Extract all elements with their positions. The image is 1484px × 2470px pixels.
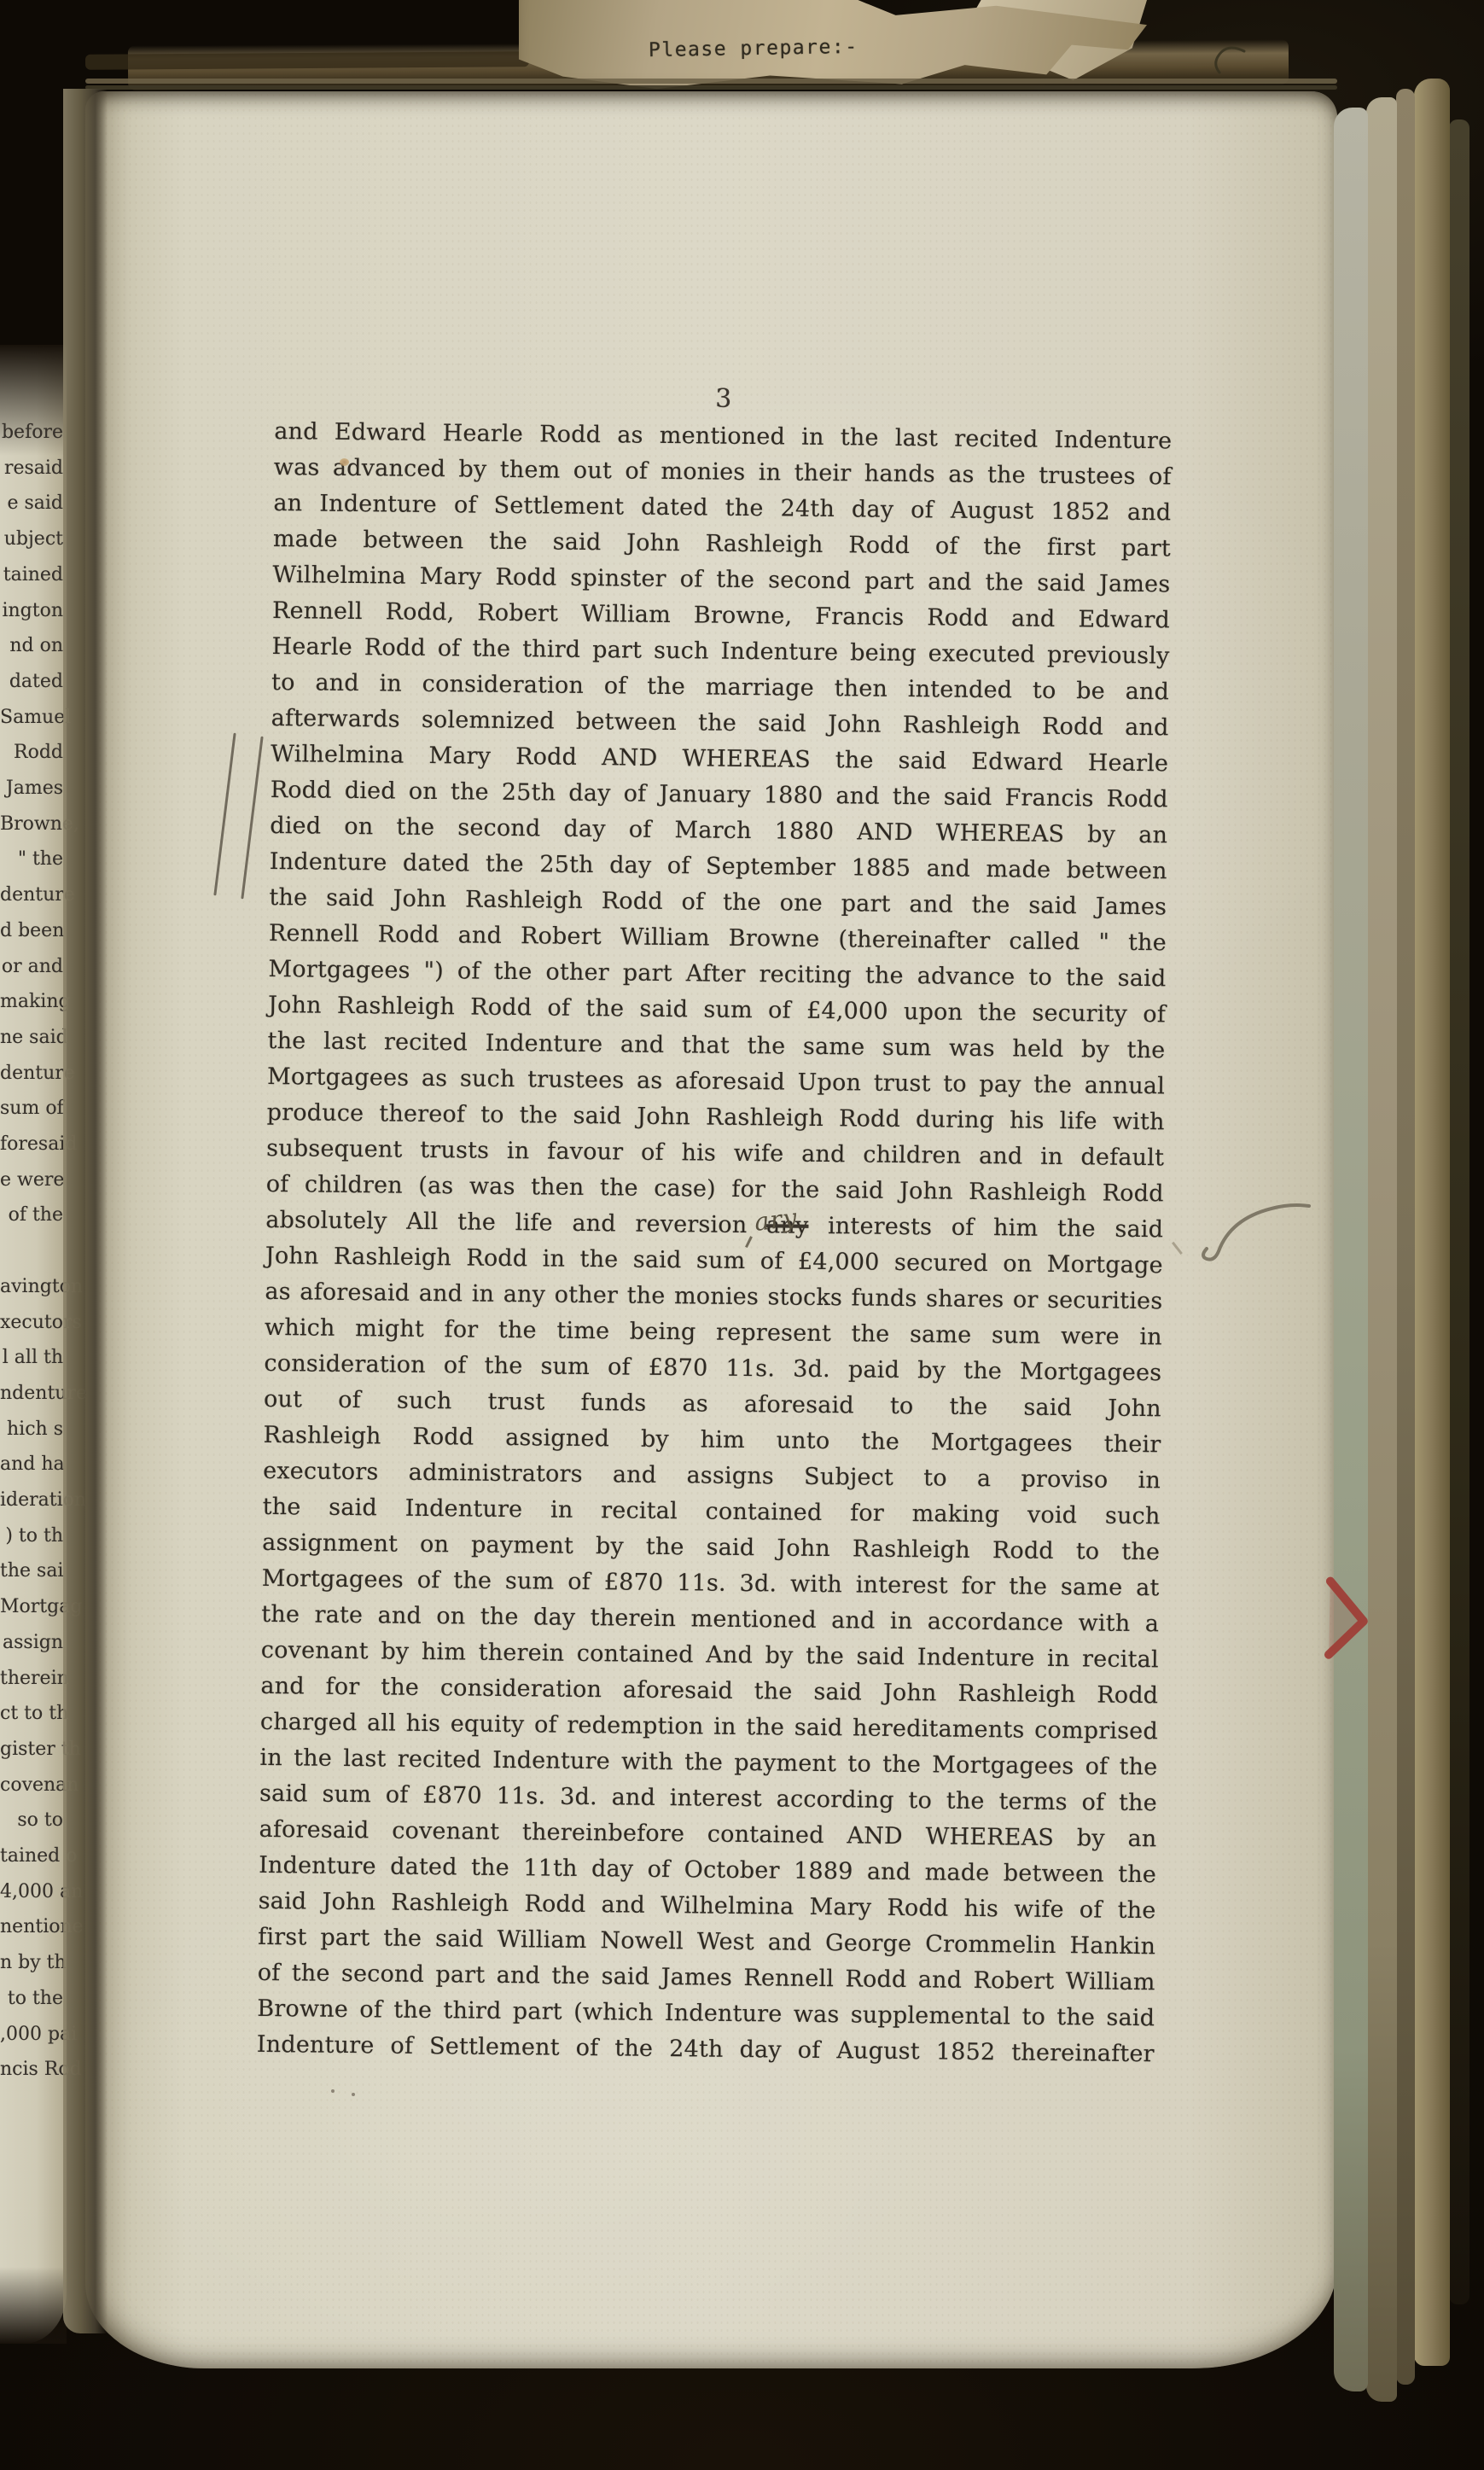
book-edge-band-top-left <box>85 51 529 70</box>
page-edge-strip-3 <box>1396 89 1415 2385</box>
facing-page-sliver <box>0 345 67 2344</box>
page-edge-strip-5 <box>1449 119 1469 2304</box>
page-edge-strip-2 <box>1366 97 1397 2402</box>
body-lines: andEdwardHearleRoddasmentionedinthelastr… <box>257 418 1173 2077</box>
scanned-document-photo: Please prepare:- beforeresaide saidubjec… <box>0 0 1484 2470</box>
text-block: 3 andEdwardHearleRoddasmentionedinthelas… <box>257 379 1173 2077</box>
gutter-shadow <box>63 89 108 2333</box>
ink-speck-1 <box>331 2089 335 2093</box>
pencil-curl-mark <box>1210 43 1249 80</box>
paper-stain <box>340 458 349 466</box>
page-edge-strip-1 <box>1334 108 1368 2391</box>
handwritten-insertion-ary: ary <box>753 1203 799 1237</box>
page-edge-strip-4 <box>1414 79 1450 2366</box>
red-crayon-mark <box>1318 1574 1374 1663</box>
page-top-ridge-inner <box>85 85 1337 90</box>
ink-speck-2 <box>352 2093 355 2096</box>
pencil-swoosh-mark <box>1195 1197 1314 1264</box>
note-label: Please prepare:- <box>649 36 858 61</box>
page-top-ridge-outer <box>85 79 1337 84</box>
